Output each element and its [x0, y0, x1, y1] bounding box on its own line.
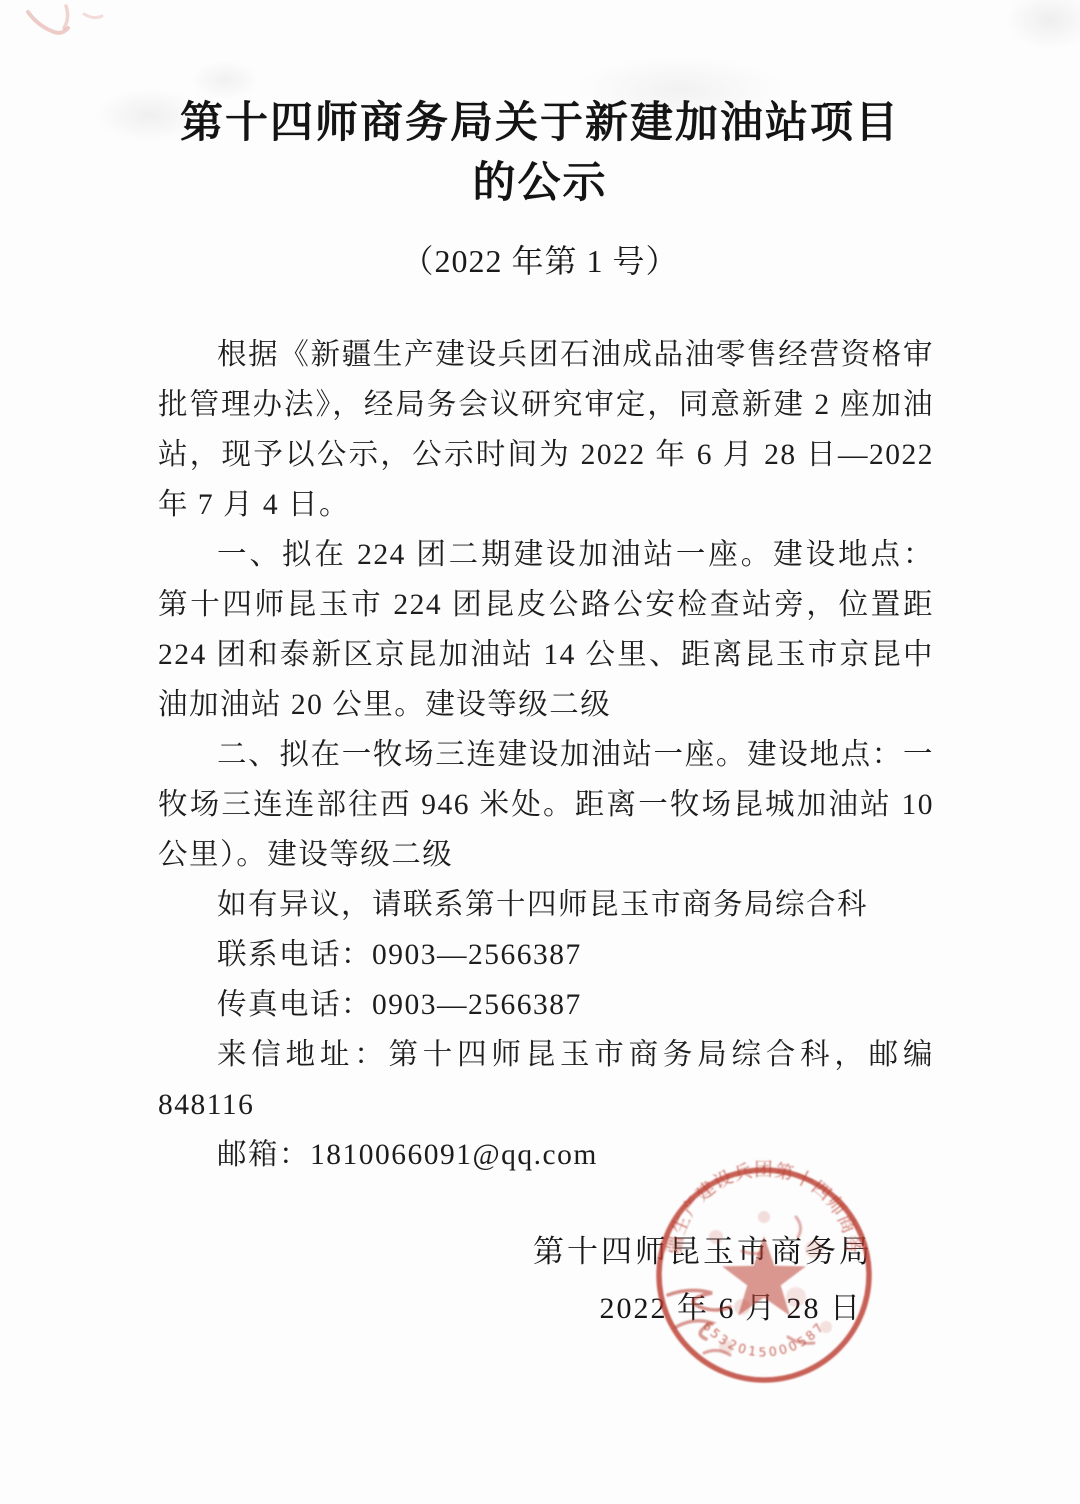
paragraph-item-1: 一、拟在 224 团二期建设加油站一座。建设地点：第十四师昆玉市 224 团昆皮… — [158, 530, 934, 730]
signature-date: 2022 年 6 月 28 日 — [0, 1283, 1080, 1327]
document-number: （2022 年第 1 号） — [0, 236, 1080, 282]
scan-smudge — [1005, 0, 1080, 50]
signature-block: 第十四师昆玉市商务局 2022 年 6 月 28 日 — [0, 1226, 1080, 1327]
document-title: 第十四师商务局关于新建加油站项目 的公示 — [0, 94, 1080, 214]
document-body: 根据《新疆生产建设兵团石油成品油零售经营资格审批管理办法》，经局务会议研究审定，… — [158, 330, 934, 1180]
red-pen-artifact — [14, 0, 134, 70]
contact-email-line: 邮箱：1810066091@qq.com — [158, 1130, 934, 1180]
contact-address-line: 来信地址：第十四师昆玉市商务局综合科，邮编 848116 — [158, 1030, 934, 1130]
scanned-document-page: 第十四师商务局关于新建加油站项目 的公示 （2022 年第 1 号） 根据《新疆… — [0, 0, 1080, 1504]
paragraph-objection: 如有异议，请联系第十四师昆玉市商务局综合科 — [158, 880, 934, 930]
contact-phone-line: 联系电话：0903—2566387 — [158, 930, 934, 980]
signature-organization: 第十四师昆玉市商务局 — [0, 1226, 1080, 1271]
paragraph-item-2: 二、拟在一牧场三连建设加油站一座。建设地点：一牧场三连连部往西 946 米处。距… — [158, 730, 934, 880]
document-title-line1: 第十四师商务局关于新建加油站项目 — [0, 94, 1080, 154]
document-title-line2: 的公示 — [0, 154, 1080, 214]
contact-fax-line: 传真电话：0903—2566387 — [158, 980, 934, 1030]
paragraph-basis: 根据《新疆生产建设兵团石油成品油零售经营资格审批管理办法》，经局务会议研究审定，… — [158, 330, 934, 530]
